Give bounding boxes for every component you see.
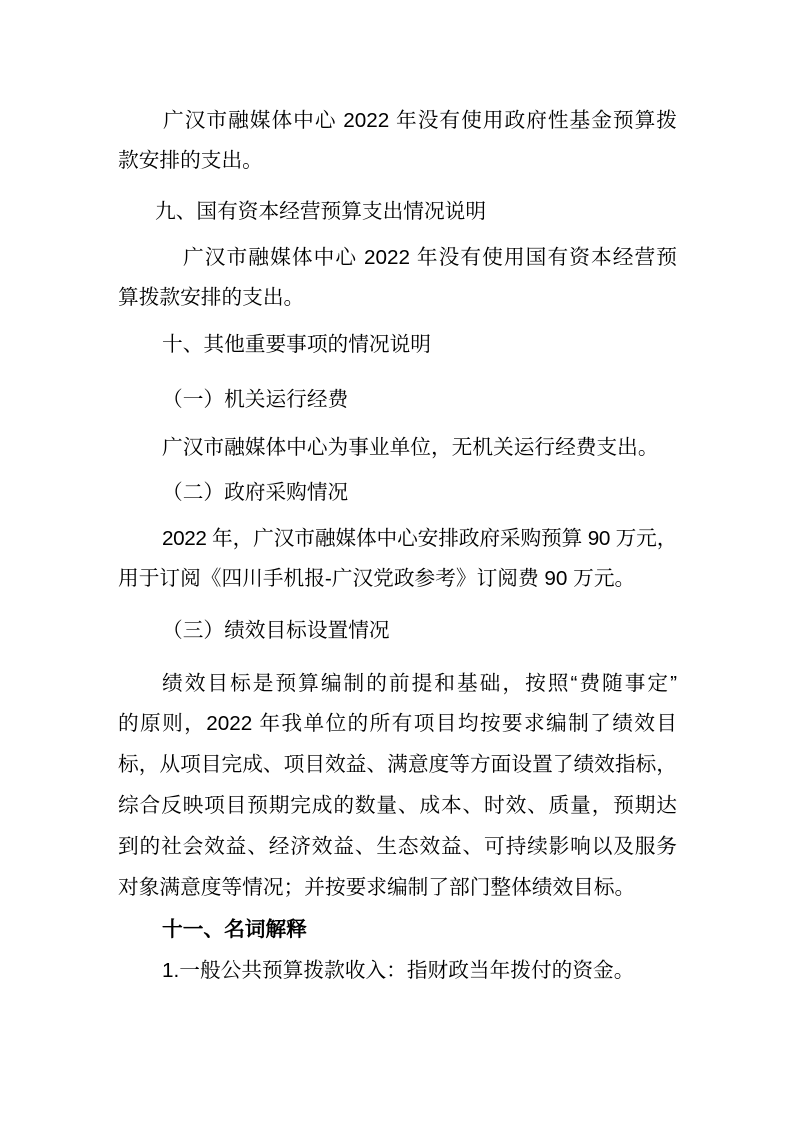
paragraph-line: 广汉市融媒体中心为事业单位，无机关运行经费支出。 bbox=[118, 427, 677, 468]
paragraph-line: 绩效目标是预算编制的前提和基础，按照“费随事定” bbox=[118, 663, 677, 704]
subsection-heading-two: （二）政府采购情况 bbox=[118, 472, 677, 513]
paragraph-line: 1.一般公共预算拨款收入：指财政当年拨付的资金。 bbox=[118, 950, 677, 991]
section-heading-nine: 九、国有资本经营预算支出情况说明 bbox=[118, 191, 677, 232]
paragraph-line: 广汉市融媒体中心 2022 年没有使用政府性基金预算拨 bbox=[118, 100, 677, 141]
paragraph-line: 的原则，2022 年我单位的所有项目均按要求编制了绩效目 bbox=[118, 703, 677, 744]
section-heading-eleven: 十一、名词解释 bbox=[118, 909, 677, 950]
paragraph-line: 款安排的支出。 bbox=[118, 140, 677, 181]
paragraph-line: 到的社会效益、经济效益、生态效益、可持续影响以及服务 bbox=[118, 826, 677, 867]
paragraph-line: 用于订阅《四川手机报-广汉党政参考》订阅费 90 万元。 bbox=[118, 558, 677, 599]
paragraph-line: 算拨款安排的支出。 bbox=[118, 277, 677, 318]
paragraph-line: 广汉市融媒体中心 2022 年没有使用国有资本经营预 bbox=[118, 237, 677, 278]
paragraph-line: 对象满意度等情况；并按要求编制了部门整体绩效目标。 bbox=[118, 867, 677, 908]
subsection-heading-three: （三）绩效目标设置情况 bbox=[118, 610, 677, 651]
paragraph-line: 2022 年，广汉市融媒体中心安排政府采购预算 90 万元， bbox=[118, 518, 677, 559]
section-heading-ten: 十、其他重要事项的情况说明 bbox=[118, 324, 677, 365]
paragraph-line: 综合反映项目预期完成的数量、成本、时效、质量，预期达 bbox=[118, 785, 677, 826]
paragraph-line: 标，从项目完成、项目效益、满意度等方面设置了绩效指标， bbox=[118, 744, 677, 785]
document-page: 广汉市融媒体中心 2022 年没有使用政府性基金预算拨 款安排的支出。 九、国有… bbox=[0, 0, 793, 1122]
subsection-heading-one: （一）机关运行经费 bbox=[118, 379, 677, 420]
